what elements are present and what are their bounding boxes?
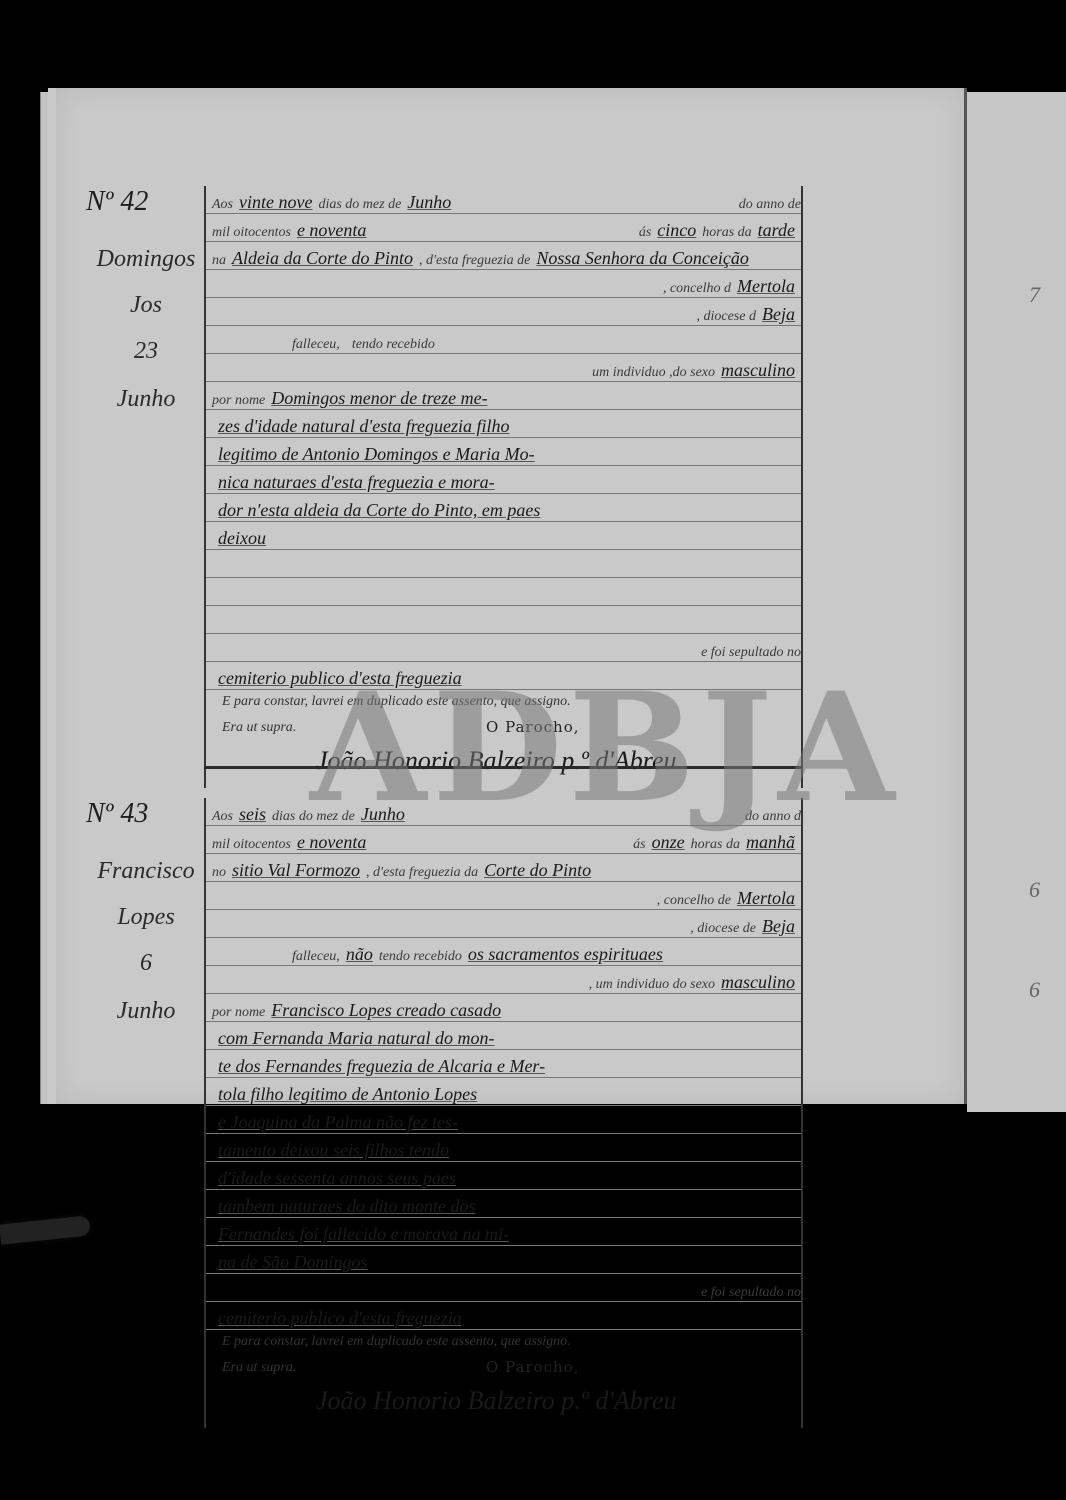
record-line: tola filho legitimo de Antonio Lopes — [206, 1078, 801, 1106]
sex-value: masculino — [721, 360, 795, 381]
record-line: um individuo ,do sexomasculino — [206, 354, 801, 382]
margin-day: 6 — [86, 950, 206, 977]
narrative-text: zes d'idade natural d'esta freguezia fil… — [218, 416, 510, 437]
blank-line — [206, 606, 801, 634]
margin-name-last: Jos — [86, 292, 206, 319]
priest-signature: João Honorio Balzeiro p.º d'Abreu — [316, 746, 677, 776]
label: por nome — [212, 393, 265, 409]
record-line: Fernandes foi fallecido e morava na mi- — [206, 1218, 801, 1246]
narrative-text: dor n'esta aldeia da Corte do Pinto, em … — [218, 500, 540, 521]
year-value: e noventa — [297, 832, 366, 853]
record-line: zes d'idade natural d'esta freguezia fil… — [206, 410, 801, 438]
label: , concelho de — [657, 893, 731, 909]
record-line: , concelho deMertola — [206, 882, 801, 910]
era-ut-supra: Era ut supra. — [222, 1360, 296, 1376]
record-line: cemiterio publico d'esta freguezia — [206, 662, 801, 690]
record-line: tamento deixou seis filhos tendo — [206, 1134, 801, 1162]
record-line: mil oitocentose noventaásonzehoras daman… — [206, 826, 801, 854]
narrative-text: nica naturaes d'esta freguezia e mora- — [218, 472, 495, 493]
closing-formula: E para constar, lavrei em duplicado este… — [222, 1334, 571, 1350]
parocho-label: O Parocho, — [486, 1358, 580, 1376]
day-value: vinte nove — [239, 192, 312, 213]
narrative-text: na de São Domingos — [218, 1252, 368, 1273]
blank-line — [206, 578, 801, 606]
record-line: te dos Fernandes freguezia de Alcaria e … — [206, 1050, 801, 1078]
month-value: Junho — [407, 192, 451, 213]
record-line: com Fernanda Maria natural do mon- — [206, 1022, 801, 1050]
label: horas da — [702, 225, 751, 241]
record-line: e foi sepultado no — [206, 634, 801, 662]
record-line: falleceu,tendo recebido — [206, 326, 801, 354]
closing-formula: E para constar, lavrei em duplicado este… — [222, 694, 571, 710]
diocese-value: Beja — [762, 304, 795, 325]
label: , diocese d — [697, 309, 756, 325]
label: na — [212, 253, 226, 269]
signature-block: E para constar, lavrei em duplicado este… — [206, 690, 801, 788]
binder-clip — [0, 1215, 91, 1244]
narrative-text: te dos Fernandes freguezia de Alcaria e … — [218, 1056, 545, 1077]
narrative-text: d'idade sessenta annos seus paes — [218, 1168, 456, 1189]
priest-signature: João Honorio Balzeiro p.º d'Abreu — [316, 1386, 677, 1416]
era-ut-supra: Era ut supra. — [222, 720, 296, 736]
record-line: , diocese deBeja — [206, 910, 801, 938]
label: Aos — [212, 197, 233, 213]
record-line: nica naturaes d'esta freguezia e mora- — [206, 466, 801, 494]
year-value: e noventa — [297, 220, 366, 241]
hour-value: cinco — [657, 220, 696, 241]
margin-day: 23 — [86, 338, 206, 365]
facing-page-mark: 6 — [1029, 877, 1040, 903]
label: do anno de — [739, 197, 801, 213]
label: falleceu, — [292, 337, 340, 353]
deceased-name-value: Domingos menor de treze me- — [271, 388, 487, 409]
record-line: e Joaquina da Palma não fez tes- — [206, 1106, 801, 1134]
record-frame: Aosvinte novedias do mez deJunhodo anno … — [204, 186, 803, 788]
narrative-text: deixou — [218, 528, 266, 549]
record-line: Aosseisdias do mez deJunhodo anno d — [206, 798, 801, 826]
record-frame: Aosseisdias do mez deJunhodo anno d mil … — [204, 798, 803, 1428]
label: falleceu, — [292, 949, 340, 965]
period-value: manhã — [746, 832, 795, 853]
parish-value: Nossa Senhora da Conceição — [536, 248, 748, 269]
hour-value: onze — [652, 832, 685, 853]
record-line: nositio Val Formozo, d'esta freguezia da… — [206, 854, 801, 882]
label: , concelho d — [663, 281, 731, 297]
margin-name-last: Lopes — [86, 904, 206, 931]
record-line: naAldeia da Corte do Pinto, d'esta fregu… — [206, 242, 801, 270]
record-line: por nomeDomingos menor de treze me- — [206, 382, 801, 410]
record-line: , diocese dBeja — [206, 298, 801, 326]
entry-number: Nº 42 — [86, 186, 148, 218]
parish-value: Corte do Pinto — [484, 860, 591, 881]
sacraments-value: os sacramentos espirituaes — [468, 944, 663, 965]
record-line: por nomeFrancisco Lopes creado casado — [206, 994, 801, 1022]
label: por nome — [212, 1005, 265, 1021]
record-line: na de São Domingos — [206, 1246, 801, 1274]
label: mil oitocentos — [212, 837, 291, 853]
entry-divider — [204, 766, 801, 769]
record-line: , concelho dMertola — [206, 270, 801, 298]
label: , um individuo do sexo — [589, 977, 715, 993]
narrative-text: Fernandes foi fallecido e morava na mi- — [218, 1224, 509, 1245]
record-line: dor n'esta aldeia da Corte do Pinto, em … — [206, 494, 801, 522]
narrative-text: tamento deixou seis filhos tendo — [218, 1140, 449, 1161]
record-line: d'idade sessenta annos seus paes — [206, 1162, 801, 1190]
label: dias do mez de — [318, 197, 401, 213]
record-line: tambem naturaes do dito monte dos — [206, 1190, 801, 1218]
label: , d'esta freguezia da — [366, 865, 478, 881]
cemetery-value: cemiterio publico d'esta freguezia — [218, 1308, 462, 1329]
label: um individuo ,do sexo — [592, 365, 715, 381]
label: dias do mez de — [272, 809, 355, 825]
margin-name-first: Domingos — [86, 246, 206, 273]
label: no — [212, 865, 226, 881]
falleceu-value: não — [346, 944, 373, 965]
record-line: mil oitocentose noventaáscincohoras data… — [206, 214, 801, 242]
label: tendo recebido — [352, 337, 435, 353]
entry-number: Nº 43 — [86, 798, 148, 830]
record-line: cemiterio publico d'esta freguezia — [206, 1302, 801, 1330]
label: e foi sepultado no — [701, 1285, 801, 1301]
blank-line — [206, 550, 801, 578]
label: e foi sepultado no — [701, 645, 801, 661]
margin-name-first: Francisco — [86, 858, 206, 885]
narrative-text: tambem naturaes do dito monte dos — [218, 1196, 475, 1217]
register-page: Nº 42 Domingos Jos 23 Junho Aosvinte nov… — [56, 88, 964, 1104]
label: tendo recebido — [379, 949, 462, 965]
label: horas da — [691, 837, 740, 853]
margin-month: Junho — [86, 998, 206, 1025]
label: mil oitocentos — [212, 225, 291, 241]
label: , d'esta freguezia de — [419, 253, 530, 269]
deceased-name-value: Francisco Lopes creado casado — [271, 1000, 501, 1021]
sex-value: masculino — [721, 972, 795, 993]
margin-month: Junho — [86, 386, 206, 413]
label: , diocese de — [690, 921, 756, 937]
facing-page: 7 6 6 — [967, 92, 1066, 1112]
narrative-text: e Joaquina da Palma não fez tes- — [218, 1112, 458, 1133]
day-value: seis — [239, 804, 266, 825]
place-value: sitio Val Formozo — [232, 860, 360, 881]
record-line: , um individuo do sexomasculino — [206, 966, 801, 994]
record-line: deixou — [206, 522, 801, 550]
label: Aos — [212, 809, 233, 825]
label: ás — [633, 837, 645, 853]
facing-page-mark: 7 — [1029, 282, 1040, 308]
record-line: falleceu,nãotendo recebidoos sacramentos… — [206, 938, 801, 966]
period-value: tarde — [758, 220, 795, 241]
label: do anno d — [745, 809, 801, 825]
month-value: Junho — [361, 804, 405, 825]
narrative-text: com Fernanda Maria natural do mon- — [218, 1028, 494, 1049]
place-value: Aldeia da Corte do Pinto — [232, 248, 413, 269]
signature-block: E para constar, lavrei em duplicado este… — [206, 1330, 801, 1428]
label: ás — [639, 225, 651, 241]
narrative-text: tola filho legitimo de Antonio Lopes — [218, 1084, 477, 1105]
parocho-label: O Parocho, — [486, 718, 580, 736]
record-line: e foi sepultado no — [206, 1274, 801, 1302]
concelho-value: Mertola — [737, 276, 795, 297]
facing-page-mark: 6 — [1029, 977, 1040, 1003]
diocese-value: Beja — [762, 916, 795, 937]
record-line: legitimo de Antonio Domingos e Maria Mo- — [206, 438, 801, 466]
narrative-text: legitimo de Antonio Domingos e Maria Mo- — [218, 444, 535, 465]
record-line: Aosvinte novedias do mez deJunhodo anno … — [206, 186, 801, 214]
concelho-value: Mertola — [737, 888, 795, 909]
cemetery-value: cemiterio publico d'esta freguezia — [218, 668, 462, 689]
